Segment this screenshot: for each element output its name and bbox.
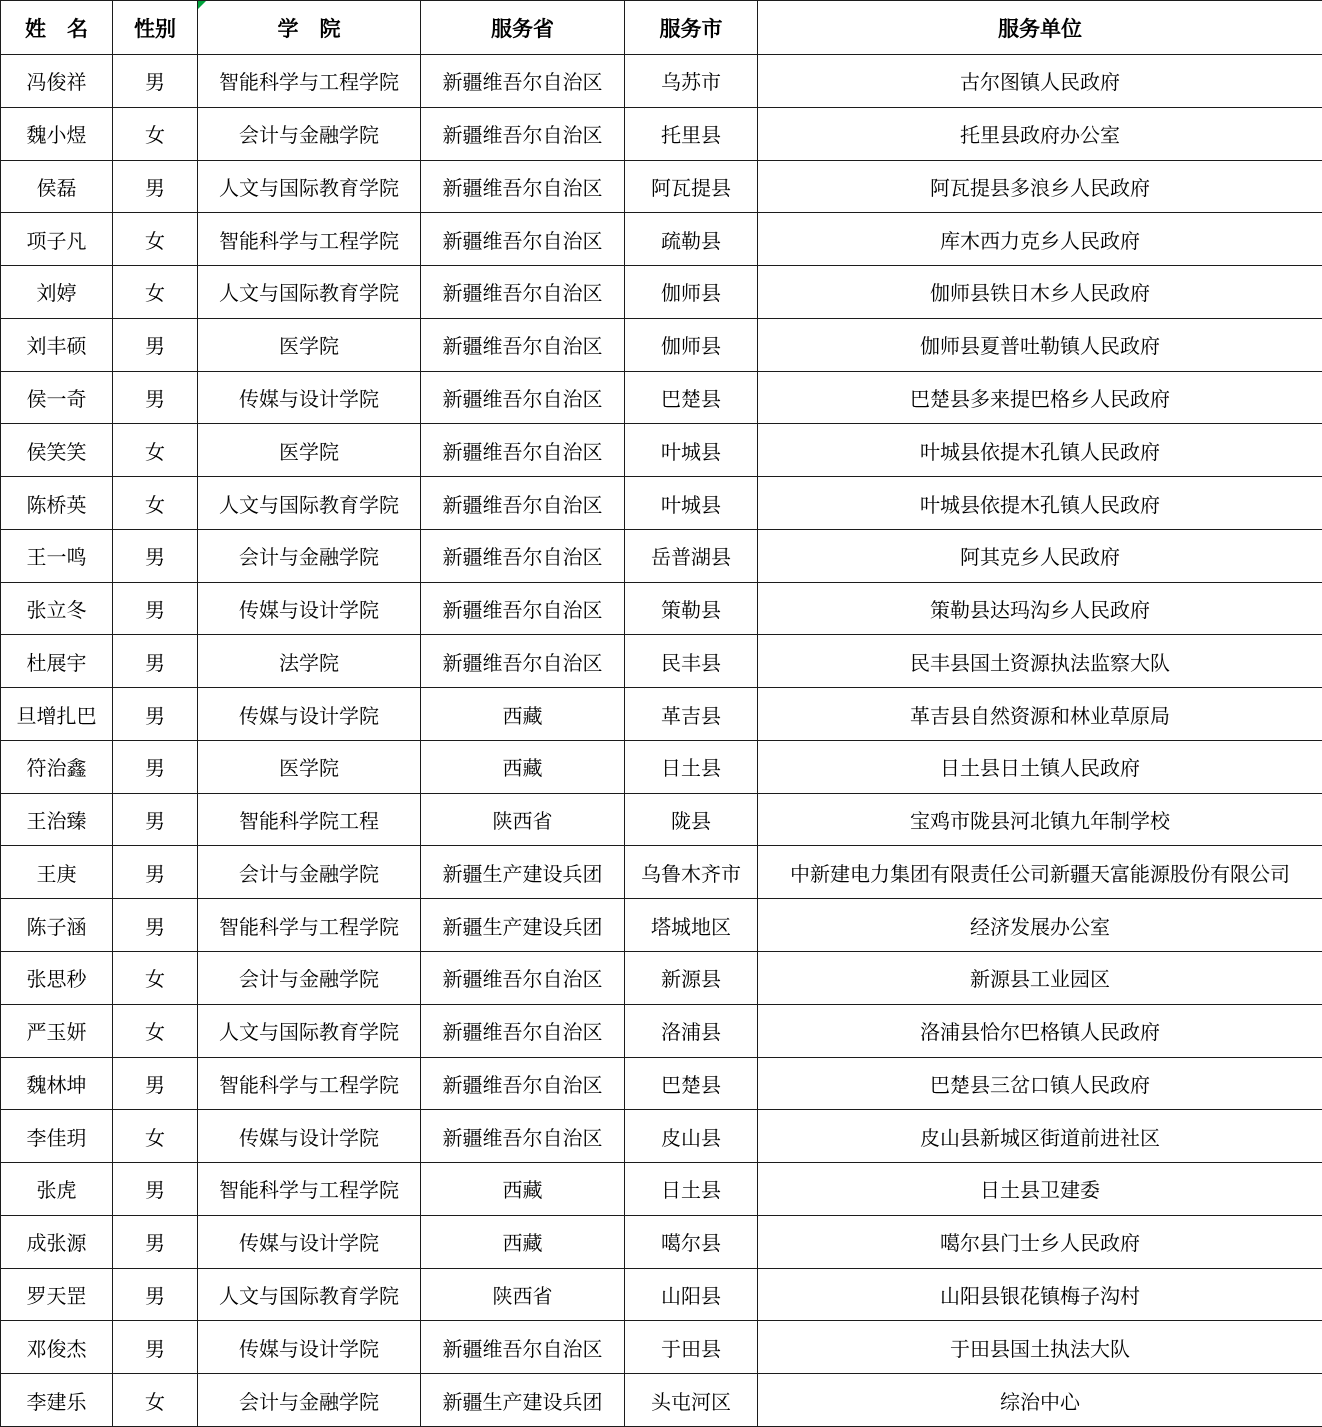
cell-gender: 女 <box>113 952 198 1005</box>
cell-city: 叶城县 <box>625 424 758 477</box>
cell-name: 罗天罡 <box>1 1268 113 1321</box>
table-row: 项子凡女智能科学与工程学院新疆维吾尔自治区疏勒县库木西力克乡人民政府 <box>1 213 1322 266</box>
cell-gender: 男 <box>113 793 198 846</box>
cell-college: 会计与金融学院 <box>198 107 421 160</box>
table-row: 张虎男智能科学与工程学院西藏日土县日土县卫建委 <box>1 1163 1322 1216</box>
cell-province: 新疆维吾尔自治区 <box>421 635 625 688</box>
cell-name: 王庚 <box>1 846 113 899</box>
cell-name: 侯笑笑 <box>1 424 113 477</box>
cell-province: 西藏 <box>421 1163 625 1216</box>
cell-college: 医学院 <box>198 740 421 793</box>
cell-unit: 古尔图镇人民政府 <box>758 55 1322 108</box>
cell-gender: 女 <box>113 477 198 530</box>
table-row: 李佳玥女传媒与设计学院新疆维吾尔自治区皮山县皮山县新城区街道前进社区 <box>1 1110 1322 1163</box>
cell-unit: 日土县卫建委 <box>758 1163 1322 1216</box>
cell-gender: 男 <box>113 318 198 371</box>
header-name: 姓 名 <box>1 1 113 55</box>
cell-province: 新疆生产建设兵团 <box>421 846 625 899</box>
table-row: 刘婷女人文与国际教育学院新疆维吾尔自治区伽师县伽师县铁日木乡人民政府 <box>1 266 1322 319</box>
cell-unit: 洛浦县恰尔巴格镇人民政府 <box>758 1004 1322 1057</box>
cell-province: 新疆维吾尔自治区 <box>421 1004 625 1057</box>
cell-college: 会计与金融学院 <box>198 846 421 899</box>
cell-unit: 民丰县国土资源执法监察大队 <box>758 635 1322 688</box>
cell-city: 巴楚县 <box>625 1057 758 1110</box>
cell-province: 新疆维吾尔自治区 <box>421 582 625 635</box>
cell-city: 民丰县 <box>625 635 758 688</box>
cell-college: 传媒与设计学院 <box>198 688 421 741</box>
cell-province: 西藏 <box>421 740 625 793</box>
cell-province: 新疆维吾尔自治区 <box>421 529 625 582</box>
cell-unit: 叶城县依提木孔镇人民政府 <box>758 424 1322 477</box>
cell-province: 新疆维吾尔自治区 <box>421 477 625 530</box>
table-body: 冯俊祥男智能科学与工程学院新疆维吾尔自治区乌苏市古尔图镇人民政府魏小煜女会计与金… <box>1 55 1322 1427</box>
cell-gender: 男 <box>113 1057 198 1110</box>
cell-gender: 男 <box>113 1321 198 1374</box>
cell-college: 智能科学院工程 <box>198 793 421 846</box>
cell-name: 冯俊祥 <box>1 55 113 108</box>
table-row: 成张源男传媒与设计学院西藏噶尔县噶尔县门士乡人民政府 <box>1 1215 1322 1268</box>
table-row: 邓俊杰男传媒与设计学院新疆维吾尔自治区于田县于田县国土执法大队 <box>1 1321 1322 1374</box>
cell-city: 日土县 <box>625 740 758 793</box>
cell-city: 策勒县 <box>625 582 758 635</box>
cell-city: 塔城地区 <box>625 899 758 952</box>
header-row: 姓 名 性别 学 院 服务省 服务市 服务单位 <box>1 1 1322 55</box>
cell-gender: 女 <box>113 1110 198 1163</box>
cell-province: 新疆维吾尔自治区 <box>421 424 625 477</box>
table-row: 陈子涵男智能科学与工程学院新疆生产建设兵团塔城地区经济发展办公室 <box>1 899 1322 952</box>
header-city: 服务市 <box>625 1 758 55</box>
cell-city: 托里县 <box>625 107 758 160</box>
cell-college: 智能科学与工程学院 <box>198 1057 421 1110</box>
cell-city: 山阳县 <box>625 1268 758 1321</box>
table-row: 侯磊男人文与国际教育学院新疆维吾尔自治区阿瓦提县阿瓦提县多浪乡人民政府 <box>1 160 1322 213</box>
cell-gender: 女 <box>113 1004 198 1057</box>
cell-gender: 男 <box>113 55 198 108</box>
cell-province: 新疆维吾尔自治区 <box>421 107 625 160</box>
cell-province: 新疆生产建设兵团 <box>421 899 625 952</box>
cell-city: 洛浦县 <box>625 1004 758 1057</box>
table-row: 符治鑫男医学院西藏日土县日土县日土镇人民政府 <box>1 740 1322 793</box>
cell-province: 新疆维吾尔自治区 <box>421 266 625 319</box>
cell-unit: 革吉县自然资源和林业草原局 <box>758 688 1322 741</box>
cell-name: 李佳玥 <box>1 1110 113 1163</box>
header-province: 服务省 <box>421 1 625 55</box>
cell-name: 严玉妍 <box>1 1004 113 1057</box>
cell-name: 陈子涵 <box>1 899 113 952</box>
cell-unit: 新源县工业园区 <box>758 952 1322 1005</box>
cell-college: 会计与金融学院 <box>198 952 421 1005</box>
cell-college: 人文与国际教育学院 <box>198 477 421 530</box>
cell-province: 新疆维吾尔自治区 <box>421 371 625 424</box>
cell-province: 新疆维吾尔自治区 <box>421 952 625 1005</box>
cell-college: 会计与金融学院 <box>198 1374 421 1427</box>
cell-unit: 宝鸡市陇县河北镇九年制学校 <box>758 793 1322 846</box>
cell-name: 邓俊杰 <box>1 1321 113 1374</box>
cell-gender: 男 <box>113 740 198 793</box>
cell-college: 传媒与设计学院 <box>198 582 421 635</box>
table-row: 李建乐女会计与金融学院新疆生产建设兵团头屯河区综治中心 <box>1 1374 1322 1427</box>
cell-college: 智能科学与工程学院 <box>198 213 421 266</box>
header-gender: 性别 <box>113 1 198 55</box>
cell-unit: 巴楚县多来提巴格乡人民政府 <box>758 371 1322 424</box>
cell-unit: 山阳县银花镇梅子沟村 <box>758 1268 1322 1321</box>
cell-gender: 男 <box>113 160 198 213</box>
table-row: 张立冬男传媒与设计学院新疆维吾尔自治区策勒县策勒县达玛沟乡人民政府 <box>1 582 1322 635</box>
cell-city: 岳普湖县 <box>625 529 758 582</box>
cell-name: 王治臻 <box>1 793 113 846</box>
cell-city: 噶尔县 <box>625 1215 758 1268</box>
cell-province: 新疆生产建设兵团 <box>421 1374 625 1427</box>
cell-province: 新疆维吾尔自治区 <box>421 1321 625 1374</box>
cell-province: 西藏 <box>421 688 625 741</box>
cell-city: 头屯河区 <box>625 1374 758 1427</box>
cell-name: 旦增扎巴 <box>1 688 113 741</box>
cell-city: 阿瓦提县 <box>625 160 758 213</box>
header-unit: 服务单位 <box>758 1 1322 55</box>
cell-city: 日土县 <box>625 1163 758 1216</box>
cell-gender: 男 <box>113 529 198 582</box>
cell-unit: 阿瓦提县多浪乡人民政府 <box>758 160 1322 213</box>
header-college-label: 学 院 <box>278 17 341 41</box>
cell-name: 侯一奇 <box>1 371 113 424</box>
cell-gender: 女 <box>113 107 198 160</box>
cell-name: 陈桥英 <box>1 477 113 530</box>
cell-gender: 男 <box>113 635 198 688</box>
cell-college: 人文与国际教育学院 <box>198 1268 421 1321</box>
cell-unit: 库木西力克乡人民政府 <box>758 213 1322 266</box>
cell-city: 疏勒县 <box>625 213 758 266</box>
cell-gender: 男 <box>113 899 198 952</box>
table-row: 旦增扎巴男传媒与设计学院西藏革吉县革吉县自然资源和林业草原局 <box>1 688 1322 741</box>
cell-province: 新疆维吾尔自治区 <box>421 160 625 213</box>
cell-unit: 托里县政府办公室 <box>758 107 1322 160</box>
table-row: 魏林坤男智能科学与工程学院新疆维吾尔自治区巴楚县巴楚县三岔口镇人民政府 <box>1 1057 1322 1110</box>
cell-gender: 男 <box>113 1268 198 1321</box>
cell-college: 法学院 <box>198 635 421 688</box>
cell-name: 魏小煜 <box>1 107 113 160</box>
cell-college: 会计与金融学院 <box>198 529 421 582</box>
cell-gender: 男 <box>113 1163 198 1216</box>
cell-college: 传媒与设计学院 <box>198 1215 421 1268</box>
table-header: 姓 名 性别 学 院 服务省 服务市 服务单位 <box>1 1 1322 55</box>
cell-province: 陕西省 <box>421 793 625 846</box>
cell-gender: 男 <box>113 846 198 899</box>
cell-city: 皮山县 <box>625 1110 758 1163</box>
table-row: 王一鸣男会计与金融学院新疆维吾尔自治区岳普湖县阿其克乡人民政府 <box>1 529 1322 582</box>
cell-gender: 女 <box>113 1374 198 1427</box>
cell-city: 伽师县 <box>625 318 758 371</box>
cell-college: 人文与国际教育学院 <box>198 160 421 213</box>
cell-unit: 叶城县依提木孔镇人民政府 <box>758 477 1322 530</box>
cell-college: 医学院 <box>198 424 421 477</box>
green-corner-marker <box>198 1 206 9</box>
cell-name: 李建乐 <box>1 1374 113 1427</box>
cell-name: 王一鸣 <box>1 529 113 582</box>
cell-unit: 阿其克乡人民政府 <box>758 529 1322 582</box>
cell-gender: 男 <box>113 1215 198 1268</box>
cell-unit: 巴楚县三岔口镇人民政府 <box>758 1057 1322 1110</box>
cell-province: 新疆维吾尔自治区 <box>421 213 625 266</box>
cell-unit: 伽师县铁日木乡人民政府 <box>758 266 1322 319</box>
service-roster-table: 姓 名 性别 学 院 服务省 服务市 服务单位 冯俊祥男智能科学与工程学院新疆维… <box>0 0 1322 1427</box>
cell-college: 智能科学与工程学院 <box>198 1163 421 1216</box>
cell-unit: 皮山县新城区街道前进社区 <box>758 1110 1322 1163</box>
cell-unit: 噶尔县门士乡人民政府 <box>758 1215 1322 1268</box>
table-row: 张思秒女会计与金融学院新疆维吾尔自治区新源县新源县工业园区 <box>1 952 1322 1005</box>
cell-name: 张虎 <box>1 1163 113 1216</box>
cell-province: 陕西省 <box>421 1268 625 1321</box>
cell-province: 新疆维吾尔自治区 <box>421 1057 625 1110</box>
table-row: 严玉妍女人文与国际教育学院新疆维吾尔自治区洛浦县洛浦县恰尔巴格镇人民政府 <box>1 1004 1322 1057</box>
cell-college: 传媒与设计学院 <box>198 1321 421 1374</box>
cell-name: 侯磊 <box>1 160 113 213</box>
cell-name: 刘婷 <box>1 266 113 319</box>
cell-gender: 男 <box>113 371 198 424</box>
cell-unit: 于田县国土执法大队 <box>758 1321 1322 1374</box>
cell-unit: 经济发展办公室 <box>758 899 1322 952</box>
cell-unit: 日土县日土镇人民政府 <box>758 740 1322 793</box>
cell-gender: 男 <box>113 688 198 741</box>
cell-unit: 中新建电力集团有限责任公司新疆天富能源股份有限公司 <box>758 846 1322 899</box>
cell-city: 于田县 <box>625 1321 758 1374</box>
cell-province: 西藏 <box>421 1215 625 1268</box>
table-row: 陈桥英女人文与国际教育学院新疆维吾尔自治区叶城县叶城县依提木孔镇人民政府 <box>1 477 1322 530</box>
cell-college: 医学院 <box>198 318 421 371</box>
cell-college: 智能科学与工程学院 <box>198 899 421 952</box>
cell-college: 智能科学与工程学院 <box>198 55 421 108</box>
cell-unit: 伽师县夏普吐勒镇人民政府 <box>758 318 1322 371</box>
cell-city: 伽师县 <box>625 266 758 319</box>
table-row: 王治臻男智能科学院工程陕西省陇县宝鸡市陇县河北镇九年制学校 <box>1 793 1322 846</box>
cell-province: 新疆维吾尔自治区 <box>421 1110 625 1163</box>
cell-city: 乌苏市 <box>625 55 758 108</box>
cell-gender: 男 <box>113 582 198 635</box>
cell-gender: 女 <box>113 266 198 319</box>
cell-gender: 女 <box>113 213 198 266</box>
cell-name: 杜展宇 <box>1 635 113 688</box>
table-row: 杜展宇男法学院新疆维吾尔自治区民丰县民丰县国土资源执法监察大队 <box>1 635 1322 688</box>
cell-city: 陇县 <box>625 793 758 846</box>
cell-name: 成张源 <box>1 1215 113 1268</box>
header-college: 学 院 <box>198 1 421 55</box>
cell-unit: 综治中心 <box>758 1374 1322 1427</box>
cell-college: 传媒与设计学院 <box>198 371 421 424</box>
cell-name: 项子凡 <box>1 213 113 266</box>
cell-name: 张思秒 <box>1 952 113 1005</box>
cell-city: 巴楚县 <box>625 371 758 424</box>
table-row: 冯俊祥男智能科学与工程学院新疆维吾尔自治区乌苏市古尔图镇人民政府 <box>1 55 1322 108</box>
cell-name: 刘丰硕 <box>1 318 113 371</box>
table-row: 侯笑笑女医学院新疆维吾尔自治区叶城县叶城县依提木孔镇人民政府 <box>1 424 1322 477</box>
cell-name: 魏林坤 <box>1 1057 113 1110</box>
cell-college: 人文与国际教育学院 <box>198 1004 421 1057</box>
cell-city: 乌鲁木齐市 <box>625 846 758 899</box>
cell-college: 人文与国际教育学院 <box>198 266 421 319</box>
cell-college: 传媒与设计学院 <box>198 1110 421 1163</box>
cell-gender: 女 <box>113 424 198 477</box>
table-row: 刘丰硕男医学院新疆维吾尔自治区伽师县伽师县夏普吐勒镇人民政府 <box>1 318 1322 371</box>
cell-city: 新源县 <box>625 952 758 1005</box>
table-row: 魏小煜女会计与金融学院新疆维吾尔自治区托里县托里县政府办公室 <box>1 107 1322 160</box>
cell-province: 新疆维吾尔自治区 <box>421 55 625 108</box>
cell-city: 叶城县 <box>625 477 758 530</box>
cell-city: 革吉县 <box>625 688 758 741</box>
table-row: 罗天罡男人文与国际教育学院陕西省山阳县山阳县银花镇梅子沟村 <box>1 1268 1322 1321</box>
cell-province: 新疆维吾尔自治区 <box>421 318 625 371</box>
cell-name: 张立冬 <box>1 582 113 635</box>
table-row: 侯一奇男传媒与设计学院新疆维吾尔自治区巴楚县巴楚县多来提巴格乡人民政府 <box>1 371 1322 424</box>
table-row: 王庚男会计与金融学院新疆生产建设兵团乌鲁木齐市中新建电力集团有限责任公司新疆天富… <box>1 846 1322 899</box>
cell-unit: 策勒县达玛沟乡人民政府 <box>758 582 1322 635</box>
cell-name: 符治鑫 <box>1 740 113 793</box>
